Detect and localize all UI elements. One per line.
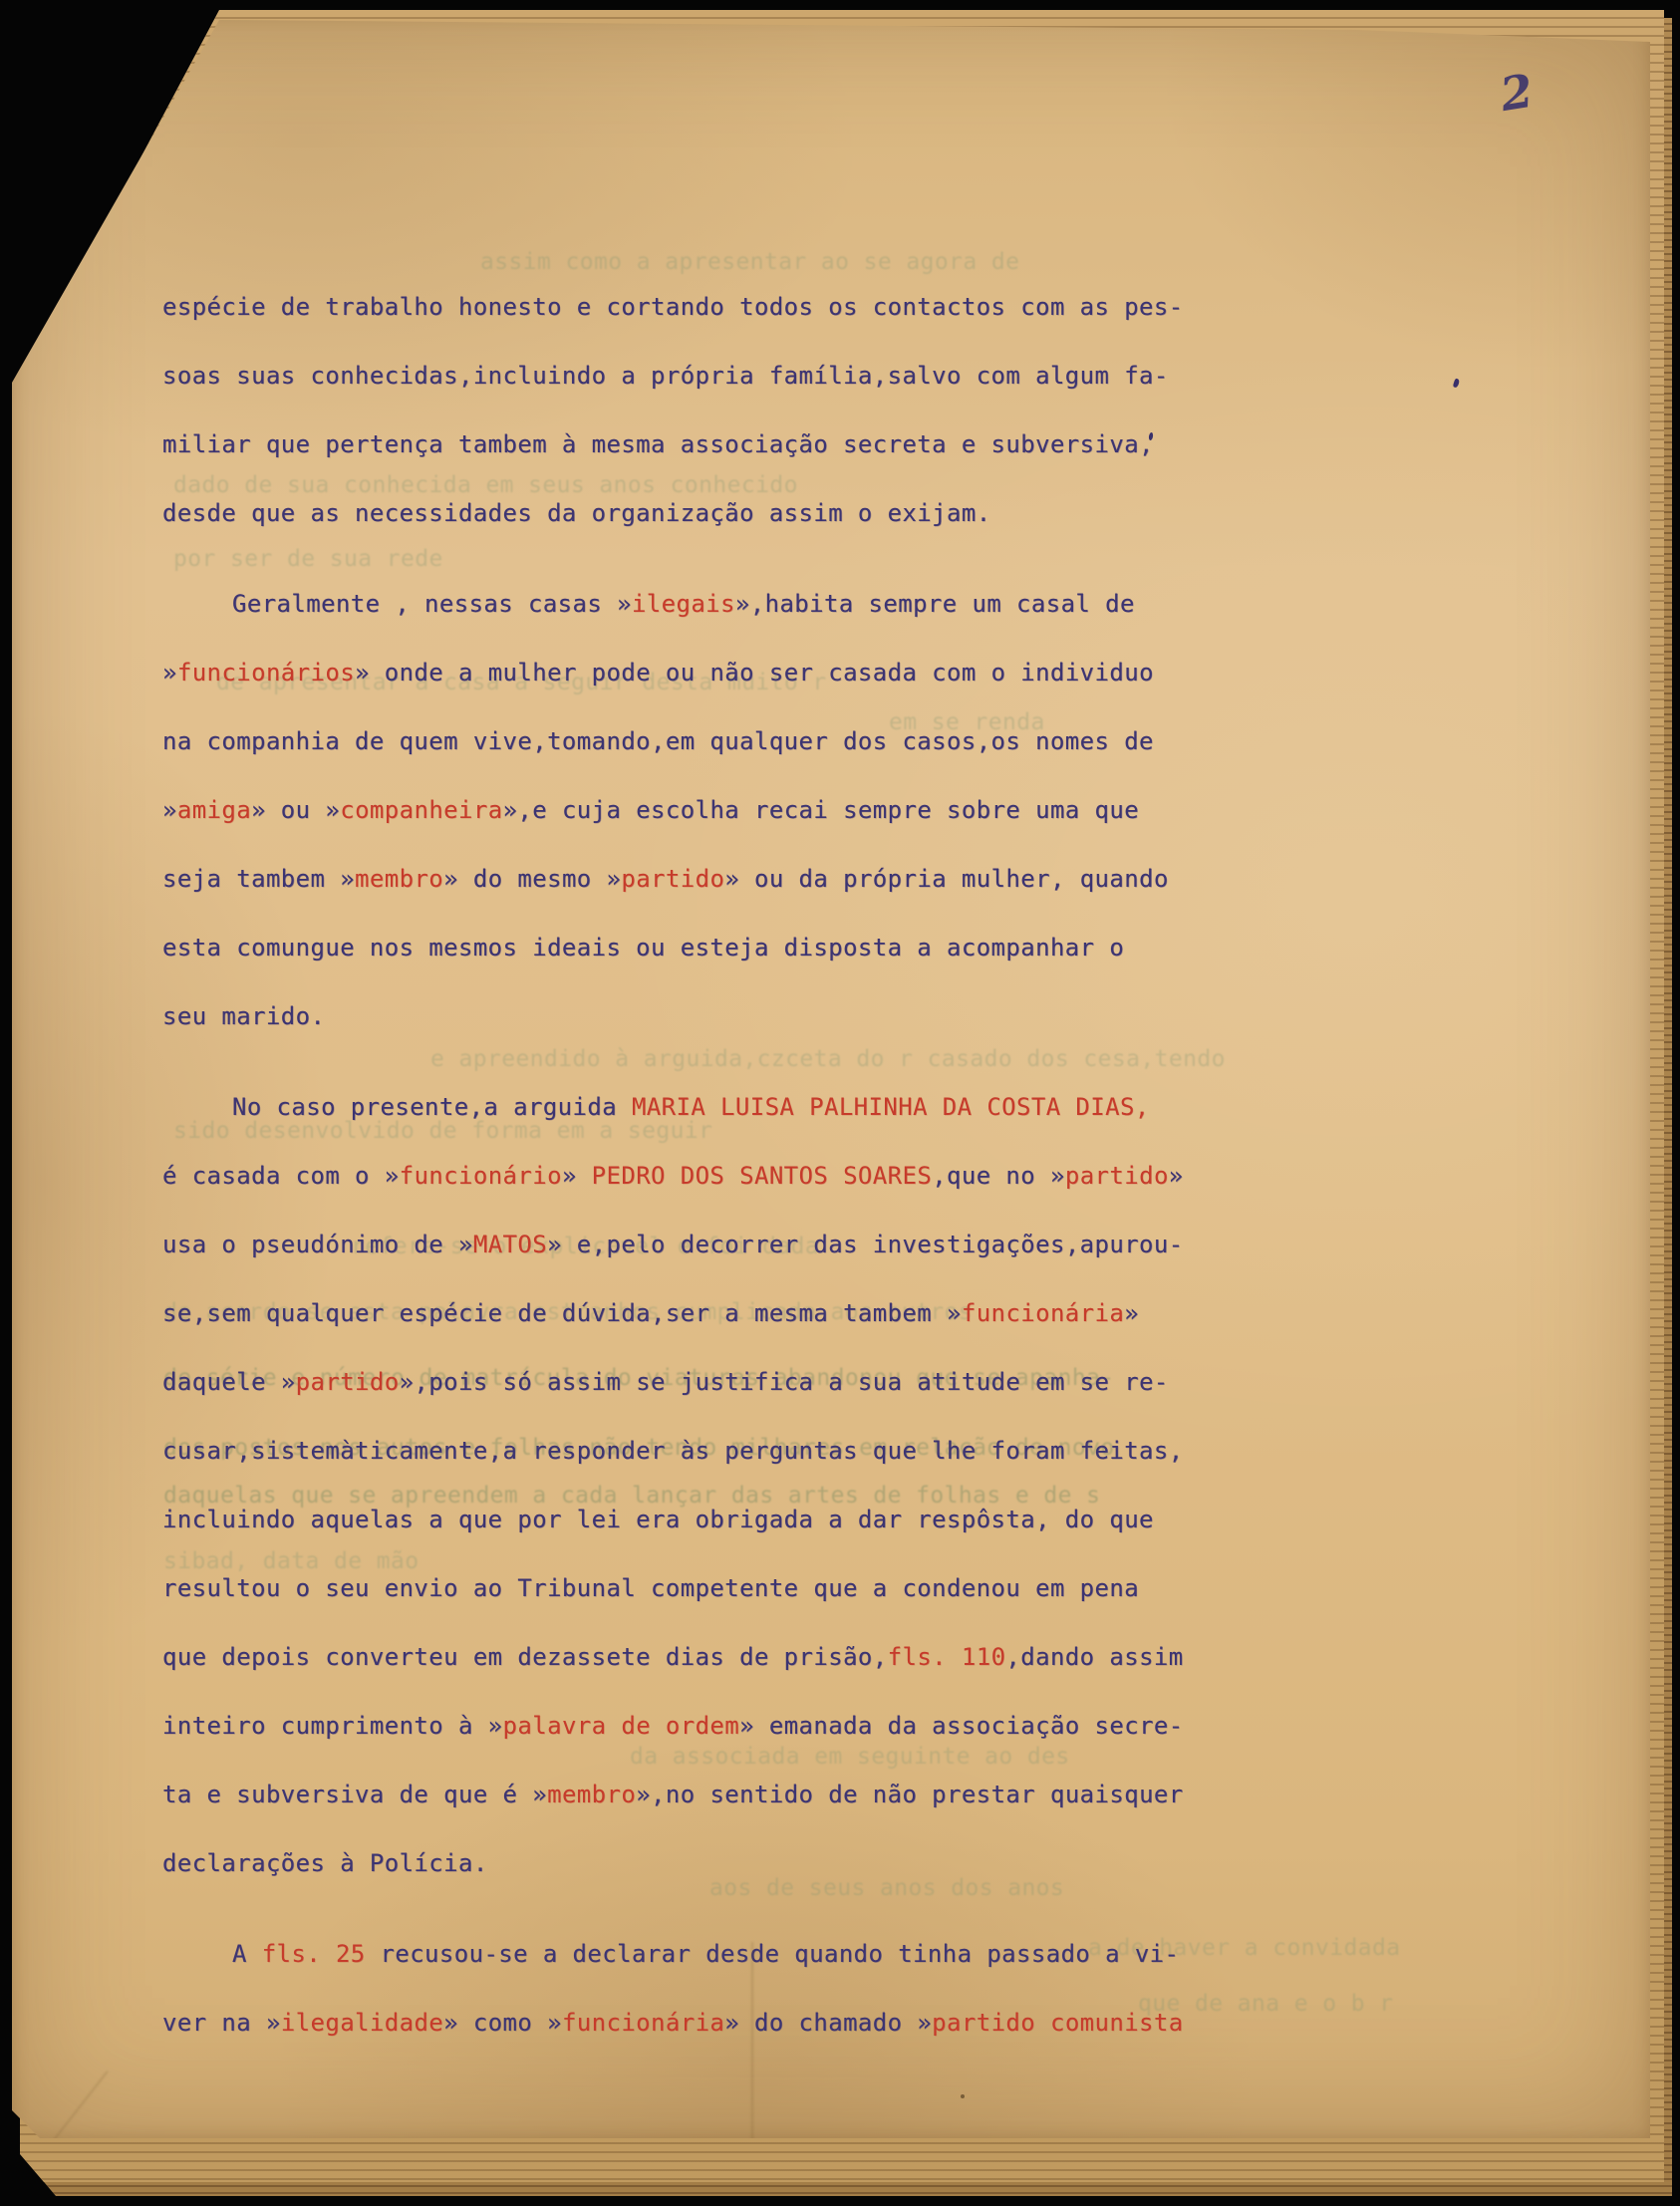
typewritten-line: inteiro cumprimento à »palavra de ordem»… (162, 1692, 1184, 1761)
blue-ink-text: desde que as necessidades da organização… (162, 499, 991, 527)
typewritten-text-block: espécie de trabalho honesto e cortando t… (162, 273, 1184, 2079)
typewritten-line: A fls. 25 recusou-se a declarar desde qu… (162, 1920, 1184, 1989)
red-ink-text: funcionária (962, 1299, 1124, 1327)
paragraph: A fls. 25 recusou-se a declarar desde qu… (162, 1920, 1184, 2058)
typewritten-line: usa o pseudónimo de »MATOS» e,pelo decor… (162, 1211, 1184, 1279)
typewritten-line: esta comungue nos mesmos ideais ou estej… (162, 914, 1184, 982)
red-ink-text: ilegalidade (281, 2009, 443, 2037)
typewritten-line: se,sem qualquer espécie de dúvida,ser a … (162, 1279, 1184, 1348)
typewritten-line: declarações à Polícia. (162, 1829, 1184, 1898)
paper-sheet: 2 assim como a apresentar ao se agora de… (12, 14, 1650, 2138)
blue-ink-text: »,habita sempre um casal de (735, 590, 1135, 618)
blue-ink-text: »,no sentido de não prestar quaisquer (636, 1781, 1183, 1808)
typewritten-line: cusar,sistemàticamente,a responder às pe… (162, 1417, 1184, 1486)
blue-ink-text: na companhia de quem vive,tomando,em qua… (162, 727, 1154, 755)
typewritten-line: seja tambem »membro» do mesmo »partido» … (162, 845, 1184, 914)
typewritten-line: resultou o seu envio ao Tribunal compete… (162, 1554, 1184, 1623)
typewritten-line: incluindo aquelas a que por lei era obri… (162, 1486, 1184, 1554)
typewritten-line: ver na »ilegalidade» como »funcionária» … (162, 1989, 1184, 2058)
red-ink-text: membro (547, 1781, 636, 1808)
blue-ink-text: cusar,sistemàticamente,a responder às pe… (162, 1437, 1184, 1465)
blue-ink-text: No caso presente,a arguida (232, 1093, 632, 1121)
blue-ink-text: ,dando assim (1005, 1643, 1183, 1671)
paper-crease (751, 1942, 753, 2146)
paragraph: No caso presente,a arguida MARIA LUISA P… (162, 1073, 1184, 1898)
bleedthrough-text: assim como a apresentar ao se agora de (480, 251, 1019, 274)
red-ink-text: partido (621, 865, 724, 893)
blue-ink-text: que depois converteu em dezassete dias d… (162, 1643, 888, 1671)
red-ink-text: membro (355, 865, 443, 893)
page-background: 2 assim como a apresentar ao se agora de… (0, 0, 1680, 2206)
typewritten-line: miliar que pertença tambem à mesma assoc… (162, 411, 1184, 479)
typewritten-line: Geralmente , nessas casas »ilegais»,habi… (162, 570, 1184, 639)
blue-ink-text: ,que no » (932, 1162, 1065, 1190)
blue-ink-text: se,sem qualquer espécie de dúvida,ser a … (162, 1299, 962, 1327)
paragraph: espécie de trabalho honesto e cortando t… (162, 273, 1184, 548)
typewritten-line: espécie de trabalho honesto e cortando t… (162, 273, 1184, 342)
typewritten-line: No caso presente,a arguida MARIA LUISA P… (162, 1073, 1184, 1142)
blue-ink-text: » (162, 796, 177, 824)
paragraph: Geralmente , nessas casas »ilegais»,habi… (162, 570, 1184, 1051)
typewritten-line: »amiga» ou »companheira»,e cuja escolha … (162, 776, 1184, 845)
blue-ink-text: é casada com o » (162, 1162, 400, 1190)
typewritten-line: na companhia de quem vive,tomando,em qua… (162, 707, 1184, 776)
blue-ink-text: daquele » (162, 1368, 296, 1396)
red-ink-text: fls. 25 (262, 1940, 366, 1968)
ink-speck (1453, 378, 1461, 388)
typewritten-line: desde que as necessidades da organização… (162, 479, 1184, 548)
red-ink-text: partido (1065, 1162, 1169, 1190)
blue-ink-text: A (232, 1940, 262, 1968)
red-ink-text: PEDRO DOS SANTOS SOARES (592, 1162, 933, 1190)
blue-ink-text: » do chamado » (724, 2009, 932, 2037)
blue-ink-text: » ou » (251, 796, 340, 824)
blue-ink-text: » como » (443, 2009, 562, 2037)
blue-ink-text: » e,pelo decorrer das investigações,apur… (547, 1231, 1184, 1258)
blue-ink-text: recusou-se a declarar desde quando tinha… (366, 1940, 1180, 1968)
typewritten-line: seu marido. (162, 982, 1184, 1051)
blue-ink-text: ta e subversiva de que é » (162, 1781, 547, 1808)
blue-ink-text: ver na » (162, 2009, 281, 2037)
blue-ink-text: » ou da própria mulher, quando (724, 865, 1168, 893)
red-ink-text: amiga (177, 796, 251, 824)
red-ink-text: ilegais (632, 590, 735, 618)
typewritten-line: soas suas conhecidas,incluindo a própria… (162, 342, 1184, 411)
blue-ink-text: » (1169, 1162, 1184, 1190)
blue-ink-text: resultou o seu envio ao Tribunal compete… (162, 1574, 1139, 1602)
red-ink-text: fls. 110 (888, 1643, 1006, 1671)
typewritten-line: »funcionários» onde a mulher pode ou não… (162, 639, 1184, 707)
blue-ink-text: »,pois só assim se justifica a sua atitu… (400, 1368, 1169, 1396)
blue-ink-text: »,e cuja escolha recai sempre sobre uma … (503, 796, 1140, 824)
red-ink-text: companheira (340, 796, 502, 824)
blue-ink-text: seja tambem » (162, 865, 355, 893)
red-ink-text: funcionário (400, 1162, 562, 1190)
typewritten-line: é casada com o »funcionário» PEDRO DOS S… (162, 1142, 1184, 1211)
red-ink-text: partido comunista (932, 2009, 1183, 2037)
blue-ink-text: usa o pseudónimo de » (162, 1231, 473, 1258)
typewritten-line: ta e subversiva de que é »membro»,no sen… (162, 1761, 1184, 1829)
blue-ink-text: » (1124, 1299, 1139, 1327)
red-ink-text: partido (296, 1368, 400, 1396)
handwritten-page-number: 2 (1497, 64, 1537, 122)
blue-ink-text: » do mesmo » (443, 865, 621, 893)
blue-ink-text: » (162, 659, 177, 687)
blue-ink-text: » (562, 1162, 592, 1190)
blue-ink-text: inteiro cumprimento à » (162, 1712, 503, 1740)
red-ink-text: funcionária (562, 2009, 724, 2037)
typewritten-line: que depois converteu em dezassete dias d… (162, 1623, 1184, 1692)
red-ink-text: palavra de ordem (503, 1712, 740, 1740)
blue-ink-text: incluindo aquelas a que por lei era obri… (162, 1506, 1154, 1533)
blue-ink-text: » emanada da associação secre- (739, 1712, 1183, 1740)
blue-ink-text: espécie de trabalho honesto e cortando t… (162, 293, 1184, 321)
blue-ink-text: esta comungue nos mesmos ideais ou estej… (162, 934, 1124, 962)
blue-ink-text: soas suas conhecidas,incluindo a própria… (162, 362, 1169, 390)
blue-ink-text: declarações à Polícia. (162, 1849, 488, 1877)
red-ink-text: funcionários (177, 659, 355, 687)
ink-speck (961, 2094, 965, 2098)
blue-ink-text: miliar que pertença tambem à mesma assoc… (162, 430, 1154, 458)
red-ink-text: MATOS (473, 1231, 547, 1258)
typewritten-line: daquele »partido»,pois só assim se justi… (162, 1348, 1184, 1417)
blue-ink-text: » onde a mulher pode ou não ser casada c… (355, 659, 1154, 687)
red-ink-text: MARIA LUISA PALHINHA DA COSTA DIAS, (632, 1093, 1150, 1121)
blue-ink-text: Geralmente , nessas casas » (232, 590, 632, 618)
blue-ink-text: seu marido. (162, 1002, 325, 1030)
